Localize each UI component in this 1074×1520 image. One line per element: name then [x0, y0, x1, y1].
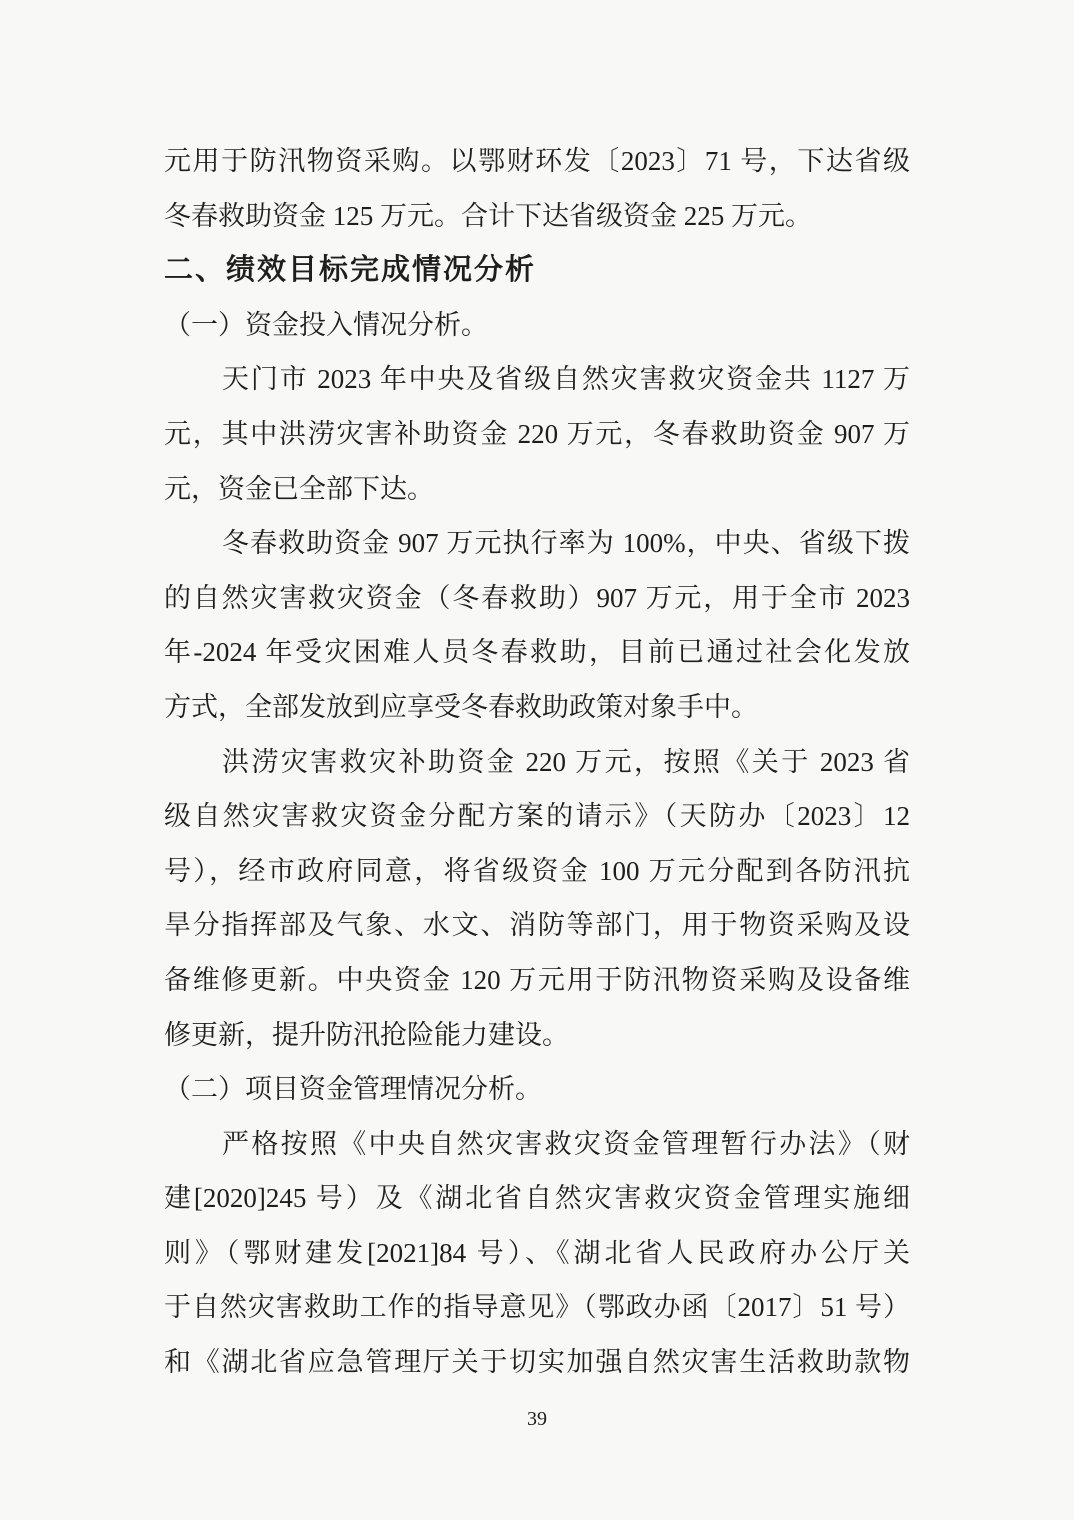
document-page: 元用于防汛物资采购。以鄂财环发〔2023〕71 号，下达省级 冬春救助资金 12…	[0, 0, 1074, 1520]
body-line: 元用于防汛物资采购。以鄂财环发〔2023〕71 号，下达省级	[164, 134, 910, 189]
document-body: 元用于防汛物资采购。以鄂财环发〔2023〕71 号，下达省级 冬春救助资金 12…	[164, 134, 910, 1390]
section-heading: 二、绩效目标完成情况分析	[164, 243, 910, 298]
subsection-heading: （一）资金投入情况分析。	[164, 298, 910, 353]
body-line: 旱分指挥部及气象、水文、消防等部门，用于物资采购及设	[164, 898, 910, 953]
body-line: 元，资金已全部下达。	[164, 462, 910, 517]
body-line: 冬春救助资金 907 万元执行率为 100%，中央、省级下拨	[164, 516, 910, 571]
body-line: 建[2020]245 号）及《湖北省自然灾害救灾资金管理实施细	[164, 1171, 910, 1226]
body-line: 严格按照《中央自然灾害救灾资金管理暂行办法》（财	[164, 1117, 910, 1172]
body-line: 号），经市政府同意，将省级资金 100 万元分配到各防汛抗	[164, 844, 910, 899]
body-line: 则》（鄂财建发[2021]84 号）、《湖北省人民政府办公厅关	[164, 1226, 910, 1281]
body-line: 级自然灾害救灾资金分配方案的请示》（天防办〔2023〕12	[164, 789, 910, 844]
body-line: 于自然灾害救助工作的指导意见》（鄂政办函〔2017〕51 号）	[164, 1280, 910, 1335]
body-line: 元，其中洪涝灾害补助资金 220 万元，冬春救助资金 907 万	[164, 407, 910, 462]
body-line: 方式，全部发放到应享受冬春救助政策对象手中。	[164, 680, 910, 735]
page-number: 39	[0, 1406, 1074, 1432]
body-line: 和《湖北省应急管理厅关于切实加强自然灾害生活救助款物	[164, 1335, 910, 1390]
body-line: 修更新，提升防汛抢险能力建设。	[164, 1008, 910, 1063]
body-line: 年-2024 年受灾困难人员冬春救助，目前已通过社会化发放	[164, 625, 910, 680]
body-line: 冬春救助资金 125 万元。合计下达省级资金 225 万元。	[164, 189, 910, 244]
body-line: 洪涝灾害救灾补助资金 220 万元，按照《关于 2023 省	[164, 735, 910, 790]
body-line: 的自然灾害救灾资金（冬春救助）907 万元，用于全市 2023	[164, 571, 910, 626]
body-line: 天门市 2023 年中央及省级自然灾害救灾资金共 1127 万	[164, 352, 910, 407]
body-line: 备维修更新。中央资金 120 万元用于防汛物资采购及设备维	[164, 953, 910, 1008]
subsection-heading: （二）项目资金管理情况分析。	[164, 1062, 910, 1117]
